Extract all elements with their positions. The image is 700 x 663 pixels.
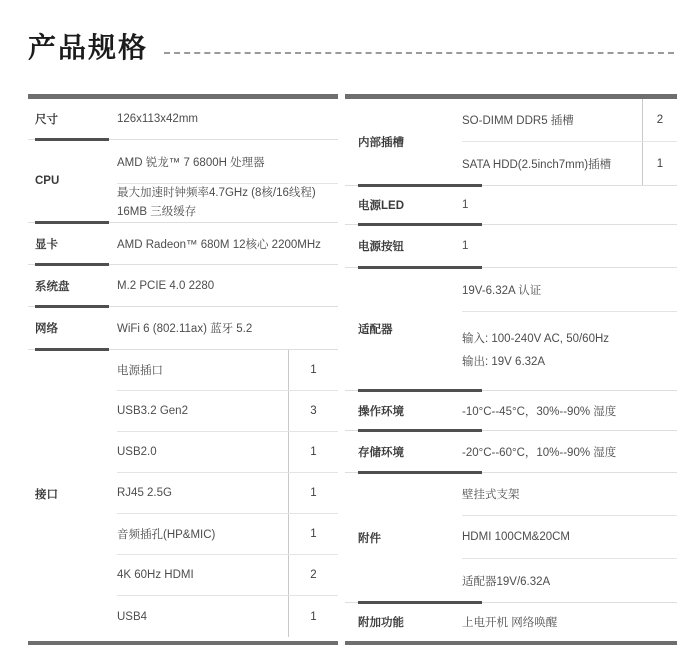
section-power-button: 电源按钮 1: [345, 225, 677, 268]
spec-row: SO-DIMM DDR5 插槽 2: [462, 99, 677, 142]
spec-value: SATA HDD(2.5inch7mm)插槽: [462, 156, 642, 172]
spec-row: 壁挂式支架: [462, 473, 677, 516]
spec-row: -10°C--45°C，30%--90% 湿度: [462, 391, 677, 430]
section-operating-environment: 操作环境 -10°C--45°C，30%--90% 湿度: [345, 391, 677, 431]
section-label-text: 附件: [358, 530, 381, 546]
spec-value: 最大加速时钟频率4.7GHz (8核/16线程) 16MB 三级缓存: [117, 184, 338, 222]
section-label-text: 附加功能: [358, 614, 404, 630]
section-values: AMD 锐龙™ 7 6800H 处理器 最大加速时钟频率4.7GHz (8核/1…: [117, 140, 338, 222]
spec-row: USB2.0 1: [117, 432, 338, 473]
spec-value: USB2.0: [117, 446, 288, 458]
section-label: 附件: [358, 473, 462, 602]
spec-value: HDMI 100CM&20CM: [462, 531, 677, 543]
spec-row: USB4 1: [117, 596, 338, 637]
section-values: 壁挂式支架 HDMI 100CM&20CM 适配器19V/6.32A: [462, 473, 677, 602]
spec-table-right: 内部插槽 SO-DIMM DDR5 插槽 2 SATA HDD(2.5inch7…: [345, 94, 677, 645]
spec-value: AMD Radeon™ 680M 12核心 2200MHz: [117, 236, 338, 252]
spec-row: RJ45 2.5G 1: [117, 473, 338, 514]
spec-count: 1: [642, 142, 677, 185]
product-spec-page: 产品规格 尺寸 126x113x42mm CPU: [0, 0, 700, 663]
spec-value-line1: 输入: 100-240V AC, 50/60Hz: [462, 328, 669, 351]
page-title: 产品规格: [28, 26, 148, 66]
spec-row: AMD Radeon™ 680M 12核心 2200MHz: [117, 223, 338, 264]
section-label: 电源按钮: [358, 225, 462, 267]
section-label-text: 内部插槽: [358, 134, 404, 150]
section-label-text: 电源按钮: [358, 238, 404, 254]
spec-count: 1: [288, 596, 338, 637]
section-label-text: 电源LED: [358, 197, 404, 213]
spec-table-left: 尺寸 126x113x42mm CPU AMD 锐龙™ 7 6800H 处理器: [28, 94, 338, 645]
spec-row: WiFi 6 (802.11ax) 蓝牙 5.2: [117, 307, 338, 349]
spec-value-line1: 最大加速时钟频率4.7GHz (8核/16线程): [117, 184, 330, 203]
section-label-text: 适配器: [358, 321, 393, 337]
section-label-text: 系统盘: [35, 278, 70, 294]
section-values: 126x113x42mm: [117, 99, 338, 139]
section-label: CPU: [35, 140, 117, 222]
section-gpu: 显卡 AMD Radeon™ 680M 12核心 2200MHz: [28, 223, 338, 265]
spec-value: 上电开机 网络唤醒: [462, 614, 677, 630]
section-label-text: 接口: [35, 486, 58, 502]
section-dimensions: 尺寸 126x113x42mm: [28, 99, 338, 140]
section-storage-environment: 存储环境 -20°C--60°C，10%--90% 湿度: [345, 431, 677, 473]
spec-value: 1: [462, 199, 677, 211]
section-label-text: CPU: [35, 175, 59, 187]
section-values: 1: [462, 225, 677, 267]
section-label: 尺寸: [35, 99, 117, 139]
section-values: 电源插口 1 USB3.2 Gen2 3 USB2.0 1 RJ45 2.5G …: [117, 350, 338, 637]
spec-value: 输入: 100-240V AC, 50/60Hz 输出: 19V 6.32A: [462, 328, 677, 374]
section-extra-features: 附加功能 上电开机 网络唤醒: [345, 603, 677, 641]
section-values: -20°C--60°C，10%--90% 湿度: [462, 431, 677, 472]
spec-value: 1: [462, 240, 677, 252]
section-label: 存储环境: [358, 431, 462, 472]
spec-row: 输入: 100-240V AC, 50/60Hz 输出: 19V 6.32A: [462, 312, 677, 390]
spec-value: 电源插口: [117, 362, 288, 378]
spec-row: M.2 PCIE 4.0 2280: [117, 265, 338, 306]
spec-value: -10°C--45°C，30%--90% 湿度: [462, 403, 677, 419]
section-label-text: 存储环境: [358, 444, 404, 460]
section-label: 电源LED: [358, 186, 462, 224]
section-label: 接口: [35, 350, 117, 637]
section-ports: 接口 电源插口 1 USB3.2 Gen2 3 USB2.0 1: [28, 350, 338, 637]
spec-value: 126x113x42mm: [117, 113, 338, 125]
spec-row: 音频插孔(HP&MIC) 1: [117, 514, 338, 555]
spec-row: 1: [462, 186, 677, 224]
spec-row: 4K 60Hz HDMI 2: [117, 555, 338, 596]
spec-value: WiFi 6 (802.11ax) 蓝牙 5.2: [117, 320, 338, 336]
title-dash-divider: [164, 52, 674, 54]
spec-row: 适配器19V/6.32A: [462, 559, 677, 602]
spec-value: USB3.2 Gen2: [117, 405, 288, 417]
spec-count: 2: [288, 555, 338, 595]
spec-value-line2: 输出: 19V 6.32A: [462, 351, 669, 374]
section-label: 内部插槽: [358, 99, 462, 185]
spec-value: -20°C--60°C，10%--90% 湿度: [462, 444, 677, 460]
spec-count: 1: [288, 432, 338, 472]
section-values: WiFi 6 (802.11ax) 蓝牙 5.2: [117, 307, 338, 349]
spec-count: 1: [288, 473, 338, 513]
section-values: SO-DIMM DDR5 插槽 2 SATA HDD(2.5inch7mm)插槽…: [462, 99, 677, 185]
section-values: M.2 PCIE 4.0 2280: [117, 265, 338, 306]
section-cpu: CPU AMD 锐龙™ 7 6800H 处理器 最大加速时钟频率4.7GHz (…: [28, 140, 338, 223]
section-accessories: 附件 壁挂式支架 HDMI 100CM&20CM 适配器19V/6.32A: [345, 473, 677, 603]
spec-value: 壁挂式支架: [462, 486, 677, 502]
spec-row: SATA HDD(2.5inch7mm)插槽 1: [462, 142, 677, 185]
spec-value: 19V-6.32A 认证: [462, 282, 677, 298]
section-values: -10°C--45°C，30%--90% 湿度: [462, 391, 677, 430]
section-label: 显卡: [35, 223, 117, 264]
spec-value: RJ45 2.5G: [117, 487, 288, 499]
section-network: 网络 WiFi 6 (802.11ax) 蓝牙 5.2: [28, 307, 338, 350]
spec-row: 电源插口 1: [117, 350, 338, 391]
section-adapter: 适配器 19V-6.32A 认证 输入: 100-240V AC, 50/60H…: [345, 268, 677, 391]
section-label-text: 网络: [35, 320, 58, 336]
section-label: 操作环境: [358, 391, 462, 430]
spec-row: 上电开机 网络唤醒: [462, 603, 677, 641]
spec-value: USB4: [117, 611, 288, 623]
spec-row: 126x113x42mm: [117, 99, 338, 139]
section-label: 网络: [35, 307, 117, 349]
section-values: AMD Radeon™ 680M 12核心 2200MHz: [117, 223, 338, 264]
spec-count: 2: [642, 99, 677, 141]
section-label: 附加功能: [358, 603, 462, 641]
spec-value: SO-DIMM DDR5 插槽: [462, 112, 642, 128]
spec-count: 1: [288, 514, 338, 554]
section-system-disk: 系统盘 M.2 PCIE 4.0 2280: [28, 265, 338, 307]
spec-row: AMD 锐龙™ 7 6800H 处理器: [117, 140, 338, 184]
spec-row: 19V-6.32A 认证: [462, 268, 677, 312]
section-values: 1: [462, 186, 677, 224]
section-label: 适配器: [358, 268, 462, 390]
section-label-text: 操作环境: [358, 403, 404, 419]
spec-value: AMD 锐龙™ 7 6800H 处理器: [117, 154, 338, 170]
section-power-led: 电源LED 1: [345, 186, 677, 225]
page-header: 产品规格: [0, 0, 700, 66]
spec-value: 适配器19V/6.32A: [462, 573, 677, 589]
section-label-text: 显卡: [35, 236, 58, 252]
spec-value: 4K 60Hz HDMI: [117, 569, 288, 581]
section-values: 上电开机 网络唤醒: [462, 603, 677, 641]
spec-tables: 尺寸 126x113x42mm CPU AMD 锐龙™ 7 6800H 处理器: [0, 94, 700, 645]
spec-count: 1: [288, 350, 338, 390]
spec-row: HDMI 100CM&20CM: [462, 516, 677, 559]
section-label-text: 尺寸: [35, 111, 58, 127]
spec-count: 3: [288, 391, 338, 431]
spec-value-line2: 16MB 三级缓存: [117, 203, 330, 222]
spec-row: 1: [462, 225, 677, 267]
spec-row: USB3.2 Gen2 3: [117, 391, 338, 432]
spec-value: M.2 PCIE 4.0 2280: [117, 280, 338, 292]
spec-row: 最大加速时钟频率4.7GHz (8核/16线程) 16MB 三级缓存: [117, 184, 338, 222]
section-values: 19V-6.32A 认证 输入: 100-240V AC, 50/60Hz 输出…: [462, 268, 677, 390]
spec-value: 音频插孔(HP&MIC): [117, 526, 288, 542]
section-label: 系统盘: [35, 265, 117, 306]
section-internal-slots: 内部插槽 SO-DIMM DDR5 插槽 2 SATA HDD(2.5inch7…: [345, 99, 677, 186]
spec-row: -20°C--60°C，10%--90% 湿度: [462, 431, 677, 472]
